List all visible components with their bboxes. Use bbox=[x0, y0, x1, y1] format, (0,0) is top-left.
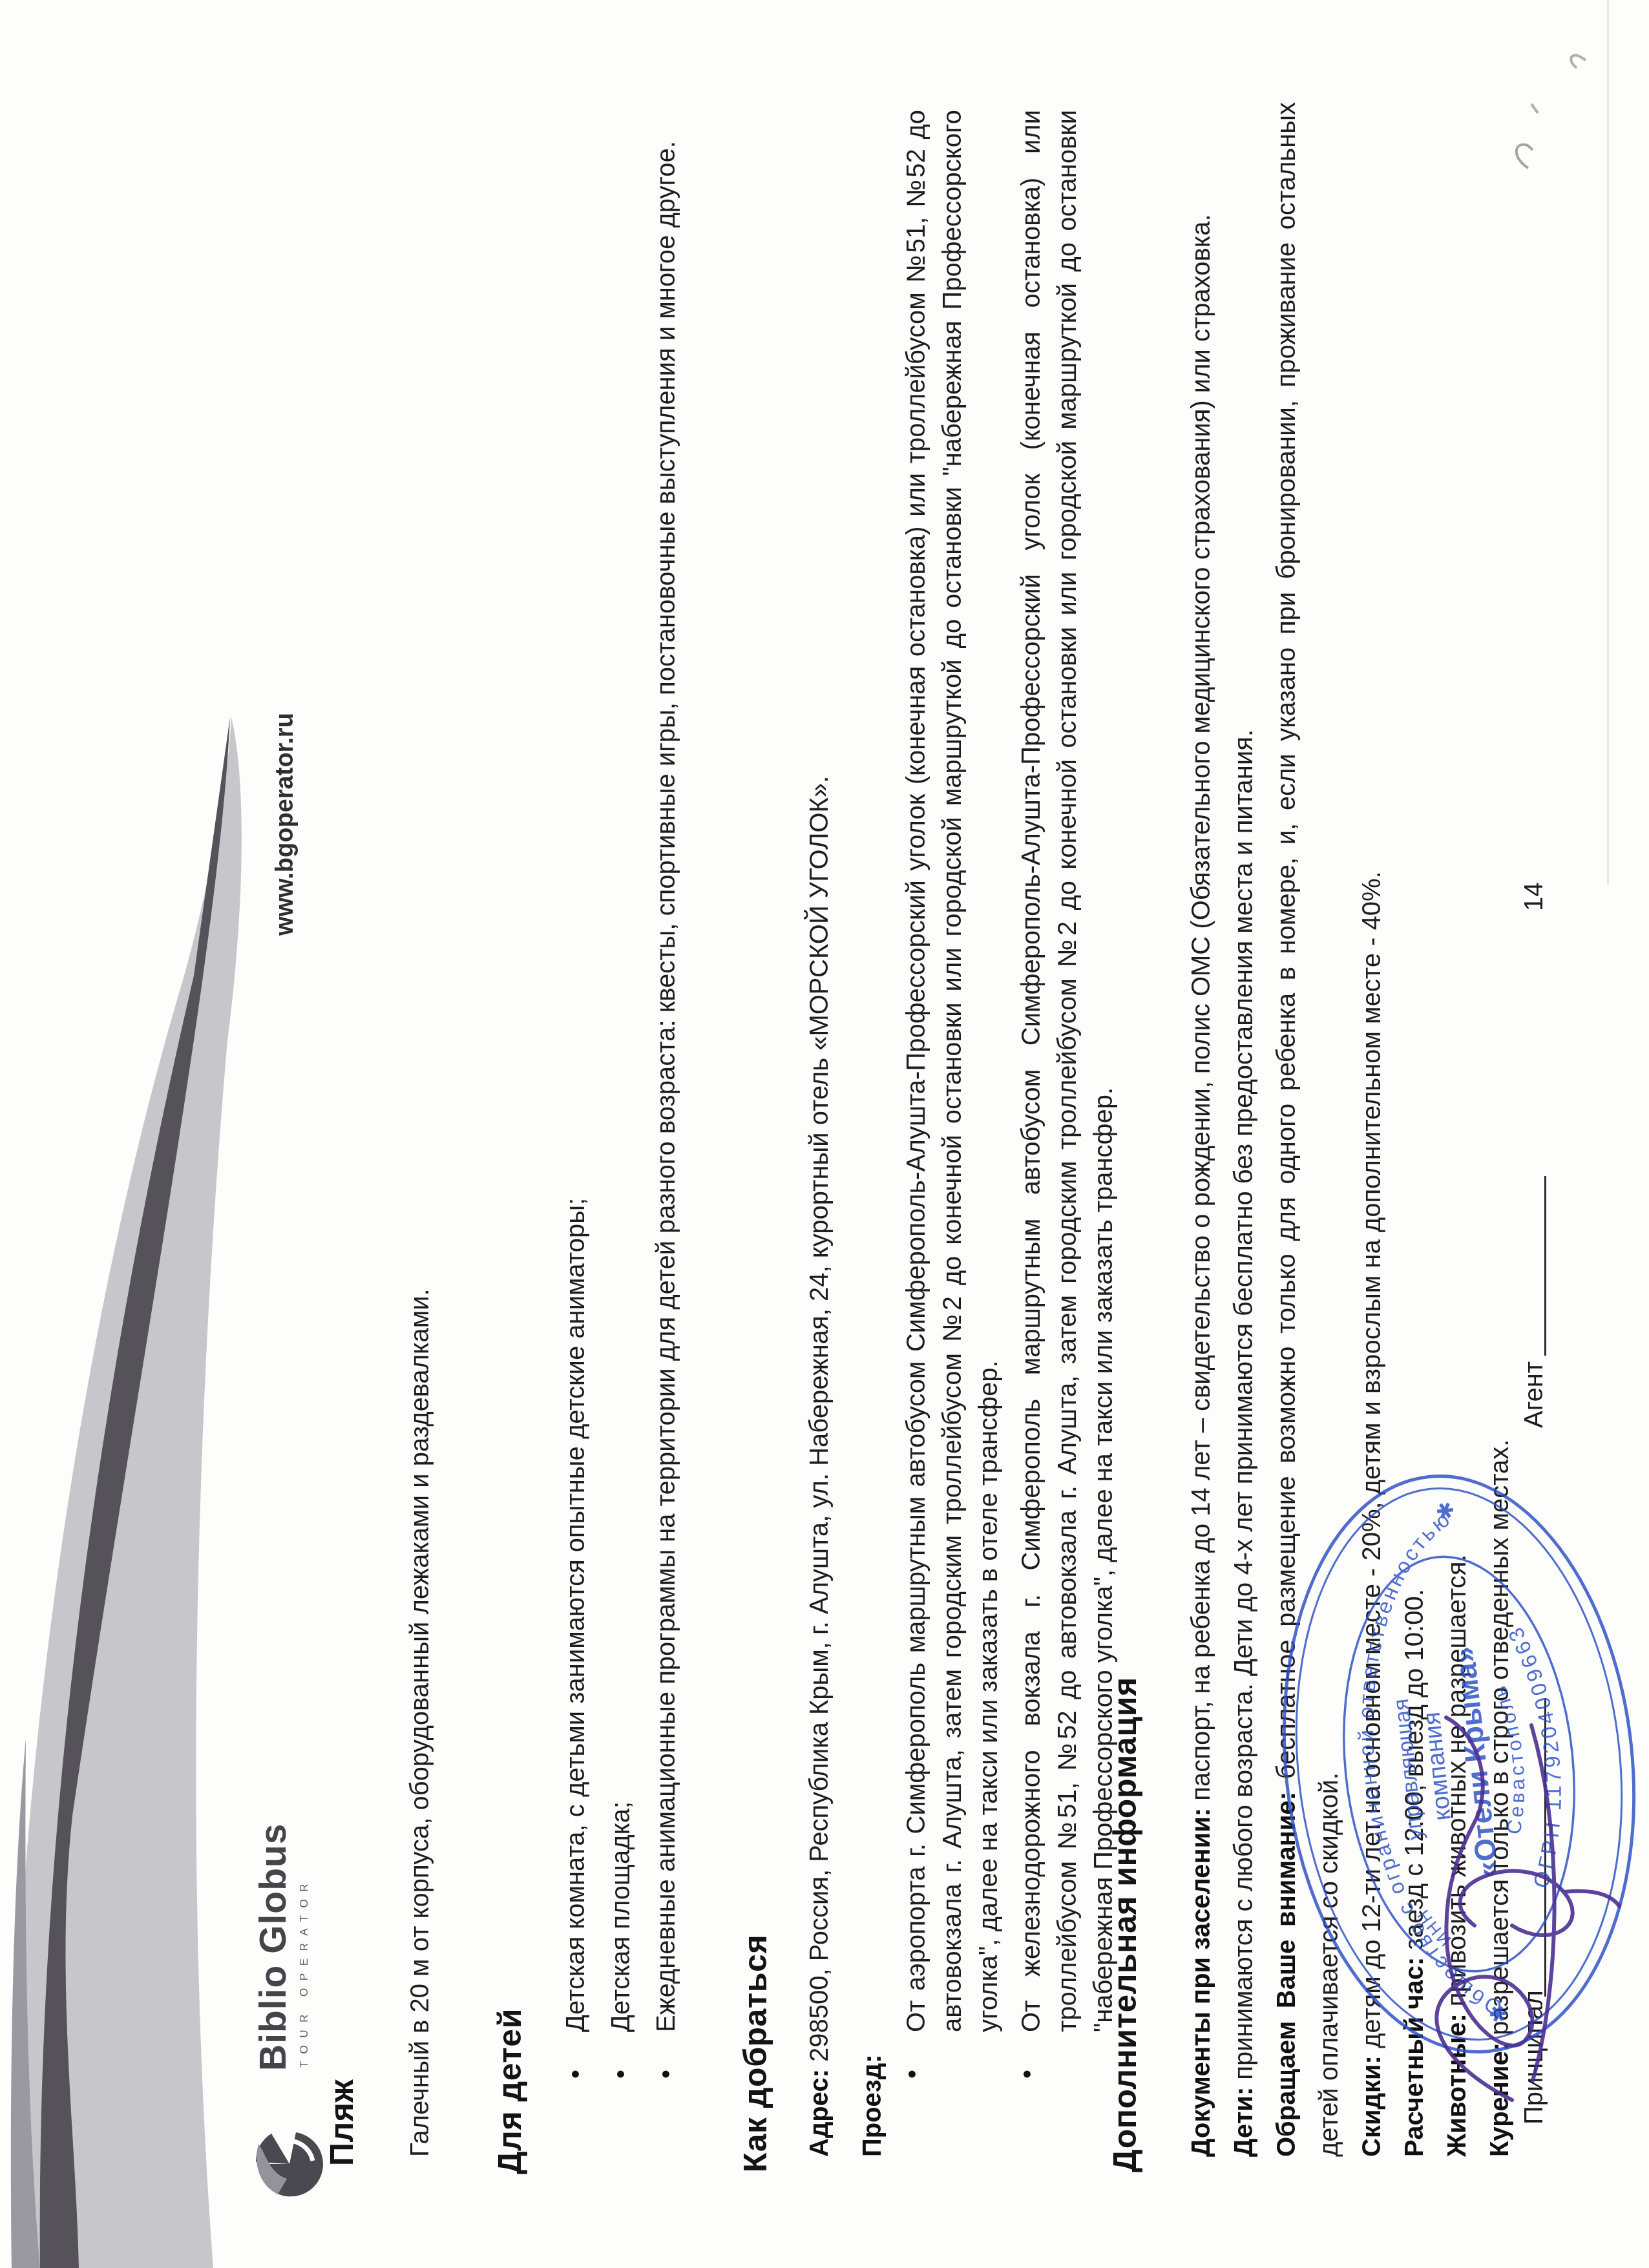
info-item: Документы при заселении: паспорт, на реб… bbox=[1180, 102, 1223, 2157]
list-item: Детская площадка; bbox=[598, 103, 644, 2032]
list-item: Ежедневные анимационные программы на тер… bbox=[644, 103, 689, 2032]
signature-scribble bbox=[1318, 1693, 1628, 2119]
route-line: От аэропорта г. Симферополь маршрутным а… bbox=[898, 110, 934, 2032]
route-item: От железнодорожного вокзала г. Симферопо… bbox=[1013, 110, 1122, 2032]
info-text: паспорт, на ребенка до 14 лет – свидетел… bbox=[1187, 214, 1215, 1800]
brand-wordmark: Biblio Globus bbox=[252, 1823, 295, 2071]
address-value: 298500, Россия, Республика Крым, г. Алуш… bbox=[805, 776, 834, 2062]
info-label: Документы при заселении: bbox=[1187, 1808, 1215, 2157]
route-line: автовокзала г. Алушта, затем городским т… bbox=[934, 110, 971, 2032]
info-label: Дети: bbox=[1230, 2087, 1258, 2157]
agent-signature-line bbox=[1522, 1176, 1546, 1356]
scanned-page: Biblio Globus TOUR OPERATOR www.bgoperat… bbox=[0, 0, 1649, 2268]
route-line: уголка", далее на такси или заказать в о… bbox=[971, 110, 1007, 2032]
page-number: 14 bbox=[1520, 883, 1549, 912]
section-title-beach: Пляж bbox=[323, 2079, 361, 2166]
section-title-directions: Как добраться bbox=[737, 1935, 774, 2172]
info-text: принимаются с любого возраста. Дети до 4… bbox=[1230, 730, 1258, 2080]
route-line: От железнодорожного вокзала г. Симферопо… bbox=[1013, 110, 1049, 2032]
list-item: Детская комната, с детьми занимаются опы… bbox=[553, 103, 598, 2032]
document-sheet: Biblio Globus TOUR OPERATOR www.bgoperat… bbox=[0, 0, 1649, 2268]
beach-paragraph: Галечный в 20 м от корпуса, оборудованны… bbox=[402, 102, 438, 2157]
biblio-globus-globe-icon bbox=[249, 2125, 323, 2203]
route-item: От аэропорта г. Симферополь маршрутным а… bbox=[898, 110, 1007, 2032]
section-title-children: Для детей bbox=[491, 2008, 529, 2174]
route-line: троллейбусом №51, №52 до автовокзала г. … bbox=[1049, 110, 1086, 2032]
stamp-star-right: ✱ bbox=[1433, 1500, 1459, 1521]
brand-tagline: TOUR OPERATOR bbox=[298, 1876, 311, 2068]
info-item: Дети: принимаются с любого возраста. Дет… bbox=[1223, 102, 1265, 2157]
website-link[interactable]: www.bgoperator.ru bbox=[271, 713, 299, 936]
route-label: Проезд: bbox=[854, 2055, 890, 2157]
address-line: Адрес: 298500, Россия, Республика Крым, … bbox=[801, 102, 837, 2157]
scan-artifact-marks bbox=[1499, 19, 1628, 181]
letterhead-wave-graphic bbox=[0, 704, 271, 2268]
agent-label: Агент bbox=[1520, 1361, 1549, 1428]
section-title-additional: Дополнительная информация bbox=[1106, 1677, 1144, 2172]
address-label: Адрес: bbox=[805, 2069, 834, 2157]
